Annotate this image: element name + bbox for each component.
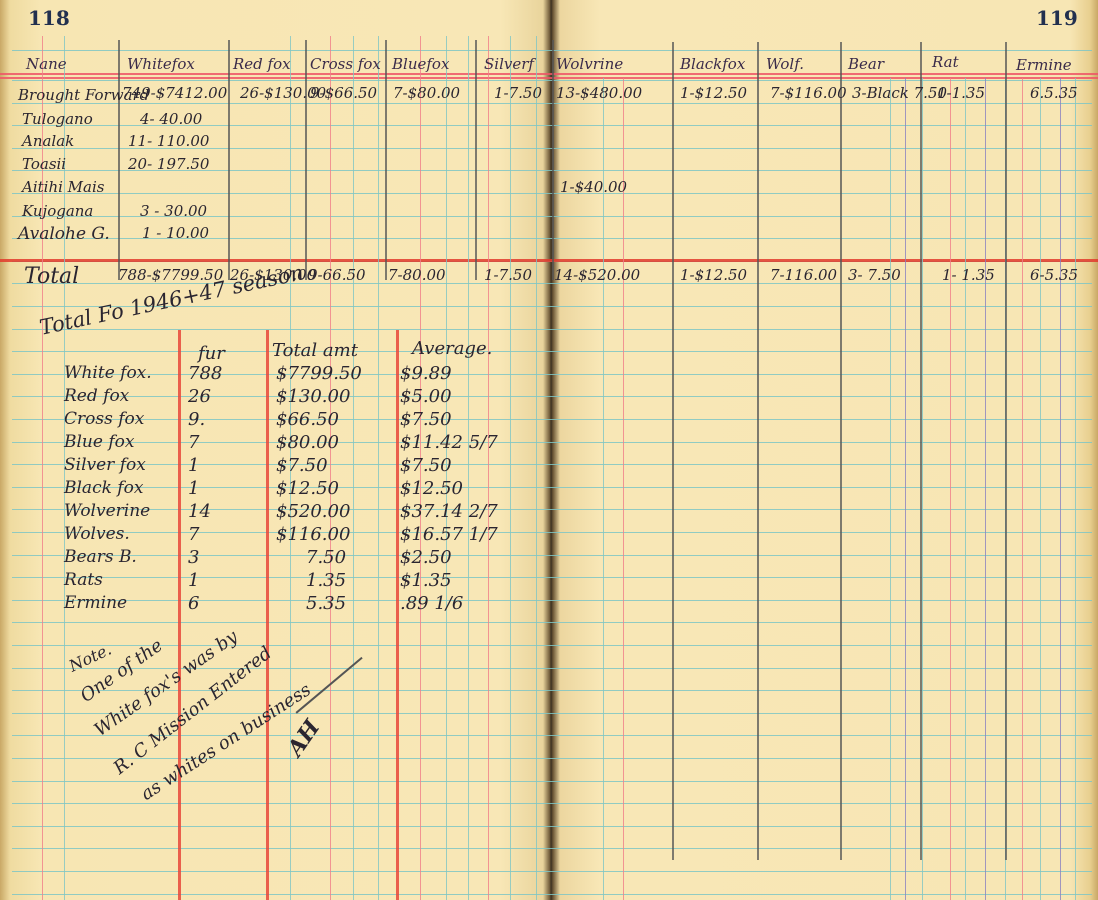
ledger-spread: 118 119 Nane Whitefox Red fox Cross fox … <box>0 0 1098 900</box>
header-blue-fox: Bluefox <box>392 57 449 72</box>
cell-white-fox: 4- 40.00 <box>140 112 202 127</box>
summary-fur-name: Ermine <box>64 595 127 612</box>
header-silver-fox: Silverf <box>484 57 534 72</box>
cell-wolverine: 1-$40.00 <box>560 180 627 195</box>
summary-average: $11.42 5/7 <box>400 434 498 452</box>
total-label: Total <box>24 266 79 288</box>
summary-amount: $7799.50 <box>276 365 362 383</box>
summary-header-count: fur <box>198 345 225 363</box>
header-white-fox: Whitefox <box>127 57 195 72</box>
row-name: Kujogana <box>22 204 93 219</box>
header-red-fox: Red fox <box>233 57 291 72</box>
summary-average: $7.50 <box>400 457 452 475</box>
cell-silver-fox: 1-7.50 <box>494 86 542 101</box>
total-bear: 3- 7.50 <box>848 268 901 283</box>
summary-count: 1 <box>188 480 199 498</box>
summary-amount: 5.35 <box>306 595 346 613</box>
summary-count: 26 <box>188 388 211 406</box>
total-wolverine: 14-$520.00 <box>554 268 640 283</box>
row-name: Analak <box>22 134 74 149</box>
summary-amount: $520.00 <box>276 503 350 521</box>
summary-amount: $12.50 <box>276 480 339 498</box>
summary-count: 6 <box>188 595 199 613</box>
summary-fur-name: Wolverine <box>64 503 150 520</box>
summary-header-amount: Total amt <box>272 342 358 360</box>
note-initials: AH <box>284 716 324 760</box>
summary-average: $7.50 <box>400 411 452 429</box>
total-ermine: 6-5.35 <box>1030 268 1078 283</box>
total-wolf: 7-116.00 <box>770 268 837 283</box>
total-blue-fox: 7-80.00 <box>388 268 446 283</box>
summary-average: $9.89 <box>400 365 452 383</box>
summary-fur-name: Bears B. <box>64 549 137 566</box>
summary-average: $16.57 1/7 <box>400 526 498 544</box>
summary-average: $37.14 2/7 <box>400 503 498 521</box>
cell-ermine: 6.5.35 <box>1030 86 1078 101</box>
summary-fur-name: White fox. <box>64 365 152 382</box>
summary-count: 1 <box>188 457 199 475</box>
summary-count: 7 <box>188 526 199 544</box>
summary-average: $1.35 <box>400 572 452 590</box>
header-ermine: Ermine <box>1016 58 1072 73</box>
row-name: Avalohe G. <box>18 226 110 243</box>
summary-count: 3 <box>188 549 199 567</box>
summary-fur-name: Cross fox <box>64 411 144 428</box>
summary-fur-name: Silver fox <box>64 457 146 474</box>
summary-fur-name: Rats <box>64 572 103 589</box>
summary-amount: $66.50 <box>276 411 339 429</box>
header-cross-fox: Cross fox <box>310 57 381 72</box>
summary-count: 9. <box>188 411 205 429</box>
summary-amount: 1.35 <box>306 572 346 590</box>
row-name: Aitihi Mais <box>22 180 104 195</box>
cell-rat: 1-1.35 <box>937 86 985 101</box>
cell-white-fox: 3 - 30.00 <box>140 204 207 219</box>
summary-amount: 7.50 <box>306 549 346 567</box>
header-name: Nane <box>26 57 67 72</box>
cell-white-fox: 20- 197.50 <box>128 157 209 172</box>
summary-amount: $80.00 <box>276 434 339 452</box>
total-rat: 1- 1.35 <box>942 268 995 283</box>
total-cross-fox: 9-66.50 <box>308 268 366 283</box>
total-silver-fox: 1-7.50 <box>484 268 532 283</box>
summary-fur-name: Blue fox <box>64 434 134 451</box>
summary-average: $2.50 <box>400 549 452 567</box>
summary-amount: $116.00 <box>276 526 350 544</box>
header-rat: Rat <box>932 55 959 70</box>
summary-count: 788 <box>188 365 222 383</box>
cell-bear: 3-Black 7.50 <box>852 86 947 101</box>
cell-wolf: 7-$116.00 <box>770 86 847 101</box>
header-black-fox: Blackfox <box>680 57 745 72</box>
cell-wolverine: 13-$480.00 <box>556 86 642 101</box>
summary-header-average: Average. <box>412 340 492 358</box>
summary-amount: $7.50 <box>276 457 328 475</box>
header-wolverine: Wolvrine <box>556 57 623 72</box>
summary-count: 1 <box>188 572 199 590</box>
cell-blue-fox: 7-$80.00 <box>393 86 460 101</box>
cell-white-fox: 1 - 10.00 <box>142 226 209 241</box>
cell-cross-fox: 9-$66.50 <box>310 86 377 101</box>
row-name: Toasii <box>22 157 66 172</box>
row-name: Tulogano <box>22 112 93 127</box>
summary-count: 14 <box>188 503 211 521</box>
left-page-number: 118 <box>28 6 70 30</box>
summary-average: $5.00 <box>400 388 452 406</box>
summary-average: .89 1/6 <box>400 595 463 613</box>
right-page-number: 119 <box>1036 6 1078 30</box>
header-wolf: Wolf. <box>766 57 804 72</box>
cell-white-fox: 11- 110.00 <box>128 134 209 149</box>
summary-fur-name: Red fox <box>64 388 129 405</box>
summary-average: $12.50 <box>400 480 463 498</box>
cell-white-fox: 749-$7412.00 <box>122 86 227 101</box>
total-black-fox: 1-$12.50 <box>680 268 747 283</box>
summary-fur-name: Black fox <box>64 480 143 497</box>
summary-count: 7 <box>188 434 199 452</box>
cell-black-fox: 1-$12.50 <box>680 86 747 101</box>
summary-fur-name: Wolves. <box>64 526 130 543</box>
header-bear: Bear <box>848 57 884 72</box>
summary-amount: $130.00 <box>276 388 350 406</box>
